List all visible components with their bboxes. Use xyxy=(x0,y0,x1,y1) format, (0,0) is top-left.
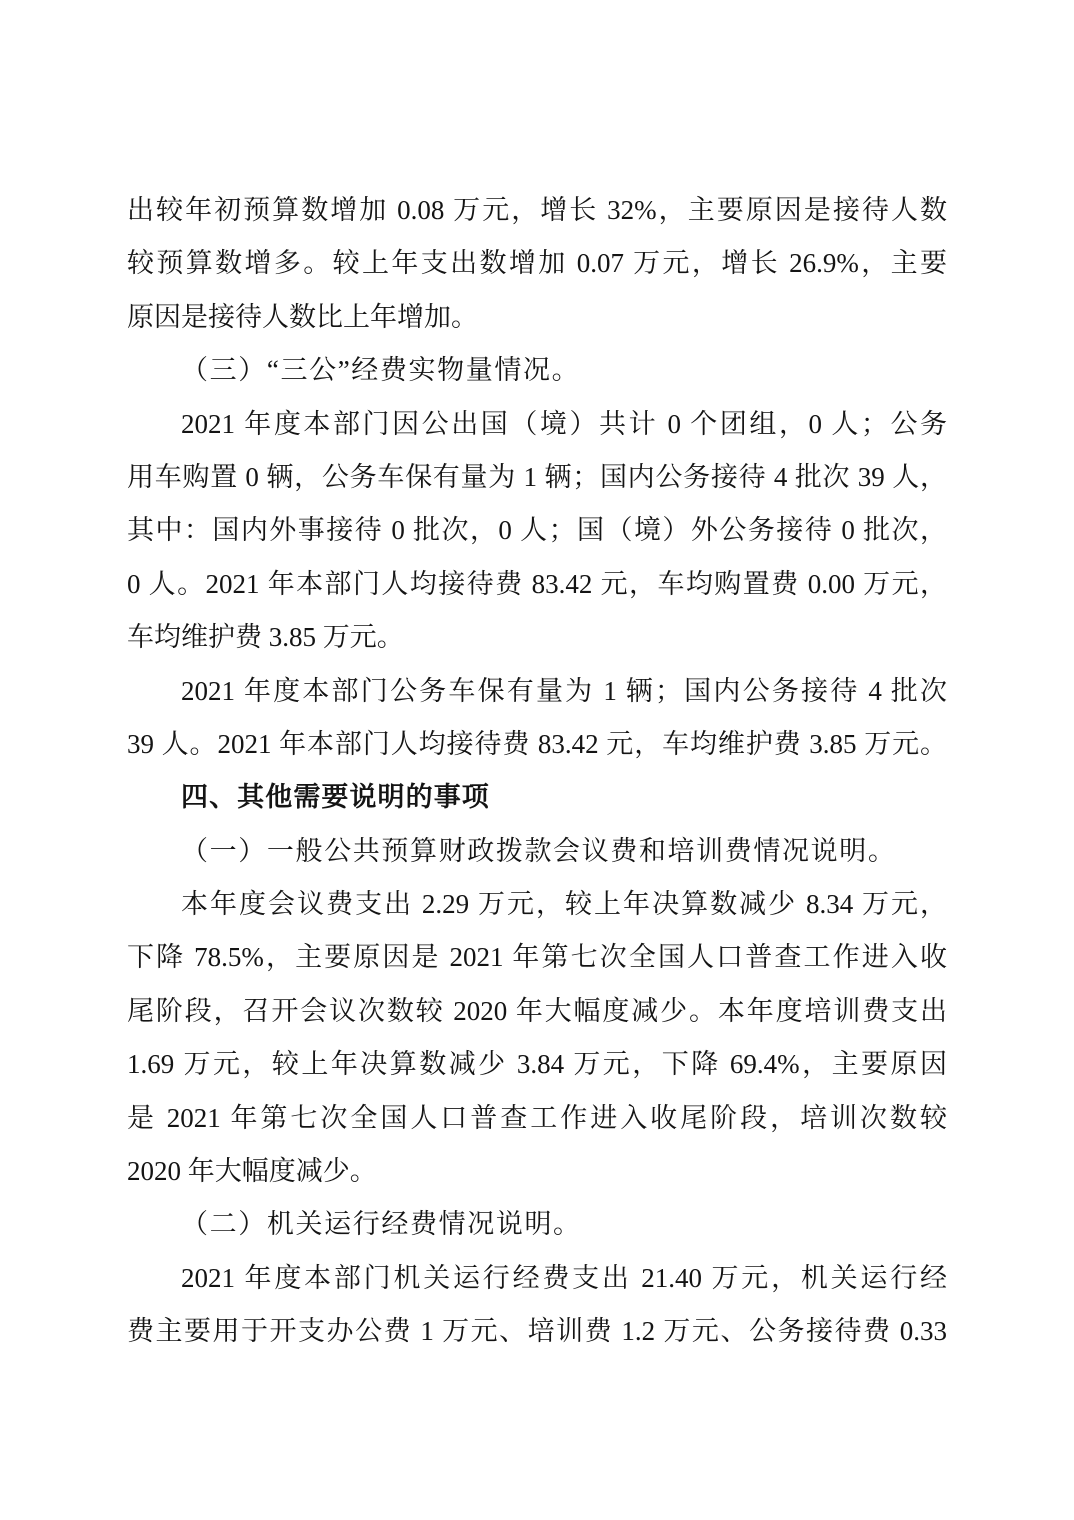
text-line: 出较年初预算数增加 0.08 万元，增长 32%，主要原因是接待人数 xyxy=(127,184,947,237)
text-line: 原因是接待人数比上年增加。 xyxy=(127,291,947,344)
text-line: 尾阶段，召开会议次数较 2020 年大幅度减少。本年度培训费支出 xyxy=(127,985,947,1038)
text-line: 1.69 万元，较上年决算数减少 3.84 万元，下降 69.4%，主要原因 xyxy=(127,1038,947,1091)
text-line: 是 2021 年第七次全国人口普查工作进入收尾阶段，培训次数较 xyxy=(127,1092,947,1145)
text-line: 车均维护费 3.85 万元。 xyxy=(127,611,947,664)
text-line: 较预算数增多。较上年支出数增加 0.07 万元，增长 26.9%，主要 xyxy=(127,237,947,290)
document-page: 出较年初预算数增加 0.08 万元，增长 32%，主要原因是接待人数较预算数增多… xyxy=(0,0,1074,1520)
text-line: 本年度会议费支出 2.29 万元，较上年决算数减少 8.34 万元， xyxy=(127,878,947,931)
text-line: 费主要用于开支办公费 1 万元、培训费 1.2 万元、公务接待费 0.33 xyxy=(127,1305,947,1358)
text-line: 用车购置 0 辆，公务车保有量为 1 辆；国内公务接待 4 批次 39 人， xyxy=(127,451,947,504)
text-line: 下降 78.5%，主要原因是 2021 年第七次全国人口普查工作进入收 xyxy=(127,931,947,984)
text-line: 0 人。2021 年本部门人均接待费 83.42 元，车均购置费 0.00 万元… xyxy=(127,558,947,611)
text-line: 四、其他需要说明的事项 xyxy=(127,771,947,824)
text-line: （一）一般公共预算财政拨款会议费和培训费情况说明。 xyxy=(127,825,947,878)
text-line: 2020 年大幅度减少。 xyxy=(127,1145,947,1198)
text-line: 2021 年度本部门公务车保有量为 1 辆；国内公务接待 4 批次 xyxy=(127,665,947,718)
text-block: 出较年初预算数增加 0.08 万元，增长 32%，主要原因是接待人数较预算数增多… xyxy=(127,184,947,1359)
text-line: 2021 年度本部门机关运行经费支出 21.40 万元，机关运行经 xyxy=(127,1252,947,1305)
text-line: （三）“三公”经费实物量情况。 xyxy=(127,344,947,397)
text-line: 其中：国内外事接待 0 批次，0 人；国（境）外公务接待 0 批次， xyxy=(127,504,947,557)
text-line: 39 人。2021 年本部门人均接待费 83.42 元，车均维护费 3.85 万… xyxy=(127,718,947,771)
text-line: 2021 年度本部门因公出国（境）共计 0 个团组，0 人；公务 xyxy=(127,398,947,451)
text-line: （二）机关运行经费情况说明。 xyxy=(127,1198,947,1251)
